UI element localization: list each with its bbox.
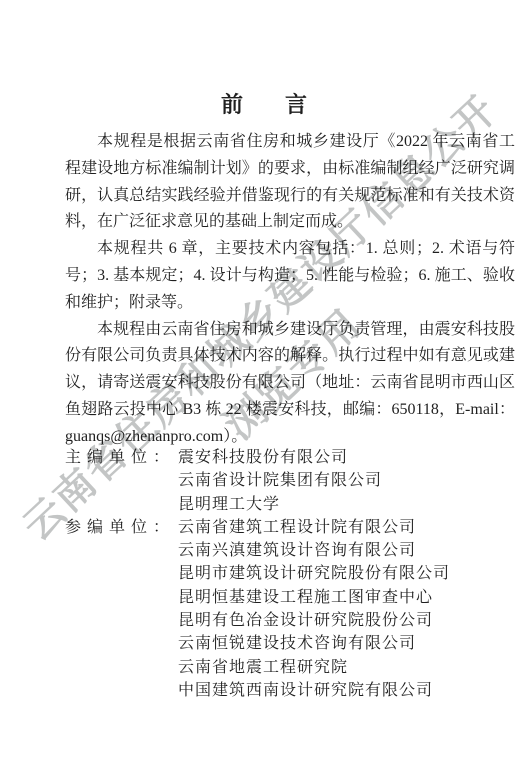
credit-label-spacer	[65, 493, 178, 516]
unit-name: 中国建筑西南设计研究院有限公司	[178, 679, 433, 702]
credit-row: 云南恒锐建设技术咨询有限公司	[65, 632, 520, 655]
paragraph-contents: 本规程共 6 章，主要技术内容包括：1. 总则；2. 术语与符号；3. 基本规定…	[65, 236, 515, 316]
credit-row: 主 编 单 位 ： 震安科技股份有限公司	[65, 446, 520, 469]
title-char-1: 前	[221, 92, 243, 117]
credit-row: 昆明有色冶金设计研究院股份公司	[65, 609, 520, 632]
unit-name: 昆明市建筑设计研究院股份有限公司	[178, 562, 450, 585]
credit-label-spacer	[65, 586, 178, 609]
chief-editor-label: 主 编 单 位 ：	[65, 446, 178, 469]
credit-label-spacer	[65, 632, 178, 655]
unit-name: 云南恒锐建设技术咨询有限公司	[178, 632, 416, 655]
credit-row: 昆明市建筑设计研究院股份有限公司	[65, 562, 520, 585]
unit-name: 云南兴滇建筑设计咨询有限公司	[178, 539, 416, 562]
credit-label-spacer	[65, 539, 178, 562]
credit-label-spacer	[65, 609, 178, 632]
foreword-body: 本规程是根据云南省住房和城乡建设厅《2022 年云南省工程建设地方标准编制计划》…	[65, 129, 515, 451]
credit-label-spacer	[65, 679, 178, 702]
credits-section: 主 编 单 位 ： 震安科技股份有限公司 云南省设计院集团有限公司 昆明理工大学…	[65, 446, 520, 702]
credit-row: 昆明理工大学	[65, 493, 520, 516]
unit-name: 昆明有色冶金设计研究院股份公司	[178, 609, 433, 632]
document-page: 云南省住房和城乡建设厅信息公开 浏览专用 前言 本规程是根据云南省住房和城乡建设…	[0, 0, 528, 767]
title-char-2: 言	[285, 92, 307, 117]
paragraph-basis: 本规程是根据云南省住房和城乡建设厅《2022 年云南省工程建设地方标准编制计划》…	[65, 129, 515, 236]
unit-name: 震安科技股份有限公司	[178, 446, 348, 469]
unit-name: 云南省设计院集团有限公司	[178, 469, 382, 492]
credit-label-spacer	[65, 656, 178, 679]
credit-row: 云南省地震工程研究院	[65, 656, 520, 679]
paragraph-management: 本规程由云南省住房和城乡建设厅负责管理，由震安科技股份有限公司负责具体技术内容的…	[65, 317, 515, 451]
page-title: 前言	[0, 88, 528, 119]
credit-row: 云南兴滇建筑设计咨询有限公司	[65, 539, 520, 562]
credit-row: 参 编 单 位 ： 云南省建筑工程设计院有限公司	[65, 516, 520, 539]
participating-editor-label: 参 编 单 位 ：	[65, 516, 178, 539]
unit-name: 云南省地震工程研究院	[178, 656, 348, 679]
credit-label-spacer	[65, 469, 178, 492]
credit-label-spacer	[65, 562, 178, 585]
credit-row: 云南省设计院集团有限公司	[65, 469, 520, 492]
unit-name: 云南省建筑工程设计院有限公司	[178, 516, 416, 539]
credit-row: 中国建筑西南设计研究院有限公司	[65, 679, 520, 702]
credit-row: 昆明恒基建设工程施工图审查中心	[65, 586, 520, 609]
unit-name: 昆明理工大学	[178, 493, 280, 516]
unit-name: 昆明恒基建设工程施工图审查中心	[178, 586, 433, 609]
